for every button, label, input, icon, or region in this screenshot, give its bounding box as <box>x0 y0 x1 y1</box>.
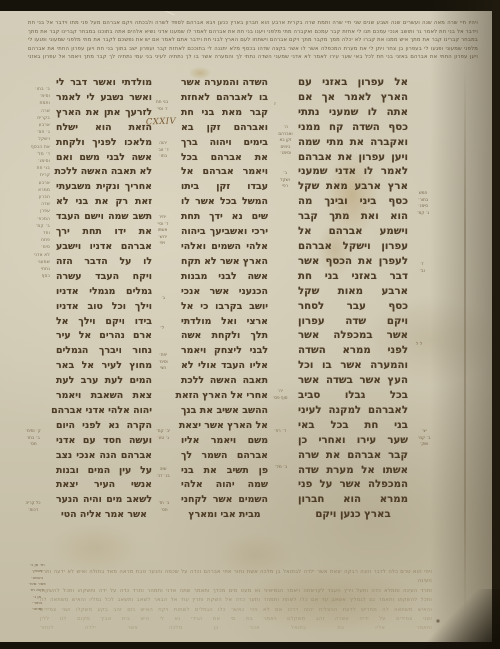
text-line: בידו ויקם וילך אל <box>56 315 152 330</box>
text-line: שער עירו ואחרי כן <box>298 434 408 449</box>
text-line: קבר אברהם את שרה <box>298 449 408 464</box>
text-line: עפרון וישקל אברהם <box>298 240 408 255</box>
text-line: שים נא ידך תחת <box>181 210 268 225</box>
masorah-top-line: וידבר אל בני חת לאמר גר ותושב אנכי עמכם … <box>28 28 478 37</box>
page-edge-shadow <box>430 0 500 649</box>
text-line: יהוה אלהי אדני אברהם <box>56 404 152 419</box>
masorah-parva-note-line: ז׳ וסי׳ <box>148 107 176 114</box>
text-line: וילך וכל טוב אדניו <box>56 300 152 315</box>
text-line: השמים אשר לקחני <box>181 493 268 508</box>
text-line: ויקם שדה עפרון <box>298 315 408 330</box>
masorah-parva-note: שוהבנ׳ דכ׳ <box>150 466 176 479</box>
masorah-parva-line: סימ׳ <box>12 244 50 251</box>
text-line: אברהם אדניו וישבע <box>56 240 152 255</box>
masorah-top-line: מלפני שמעוני ופגעו לי בעפרון בן צחר ויתן… <box>28 45 478 54</box>
text-line: הזאת הוא ישלח <box>56 121 152 136</box>
text-line: אברהם השמר לך <box>181 449 268 464</box>
text-line: עבדו זקן ביתו <box>181 180 268 195</box>
masorah-magna-top: ויהיו חיי שרה מאה שנה ועשרים שנה ושבע שנ… <box>28 19 478 62</box>
masorah-parva-note: בני חתז׳ וסי׳ <box>148 100 176 113</box>
masorah-parva-line: וחד <box>12 230 50 237</box>
page-corner-shadow <box>410 589 500 649</box>
text-line: הכנעני אשר אנכי <box>181 285 268 300</box>
text-line: מבית אבי ומארץ <box>181 508 268 523</box>
text-line: תשב שמה וישם העבד <box>56 210 152 225</box>
masorah-parva-note: יב׳ קמ׳ג׳ טע׳ <box>150 428 176 441</box>
text-line: מולדתי ואשר דבר לי <box>56 76 152 91</box>
masorah-bottom-line: ותרד העינה ותמלא כדה ותעל וירץ העבד לקרא… <box>40 587 432 596</box>
masorah-parva-note: ג׳ <box>154 296 172 303</box>
masorah-parva-note-line: ז׳ <box>413 262 431 269</box>
text-line: בארץ כנען ויקם <box>298 508 408 523</box>
masorah-top-line: ויען עפרון החתי את אברהם באזני בני חת לכ… <box>28 53 478 62</box>
masorah-parva-note-line: וסימנ׳ <box>272 150 299 157</box>
masorah-parva-note: יתירד׳ וסי׳אשתוירוש׳ויחי <box>149 214 176 247</box>
masorah-parva-line: וסימ׳ <box>12 93 50 100</box>
masorah-parva-note-line: וב׳ <box>413 269 431 276</box>
text-line: תאבה האשה ללכת <box>181 374 268 389</box>
masorah-parva-note: יהוהד׳ זוג׳בתו׳ <box>148 140 178 160</box>
text-line: ארבע מאות שקל <box>298 285 408 300</box>
masorah-parva-note: ל׳ <box>153 326 171 333</box>
text-line: לא תאבה האשה ללכת <box>56 165 152 180</box>
masorah-parva-line: קרית <box>12 172 50 179</box>
text-line: אל עפרון באזני עם <box>298 76 408 91</box>
masorah-parva-line: חברון <box>12 194 50 201</box>
text-line: את ידו תחת ירך <box>56 225 152 240</box>
text-line: לאברהם למקנה לעיני <box>298 404 408 419</box>
masorah-parva-note-line: חצי <box>150 365 176 372</box>
masorah-parva-note: ב׳ מל׳ <box>269 464 293 471</box>
masorah-bottom-line: ותאמר אליו בת בתואל אנכי בן מלכה אשר ילד… <box>40 624 432 633</box>
masorah-parva-line: נתתי <box>12 266 50 273</box>
masorah-parva-line: עפרן <box>12 208 50 215</box>
text-column-right: אל עפרון באזני עםהארץ לאמר אך אםאתה לו ש… <box>298 76 408 523</box>
text-line: תלך ולקחת אשה <box>181 329 268 344</box>
masorah-parva-line: ממרא <box>12 187 50 194</box>
masorah-parva-note: יפת׳וסימ׳חצי <box>150 352 176 372</box>
masorah-parva-line: לא אדני <box>12 252 50 259</box>
masorah-parva-note-line: ב׳ מל׳ <box>269 464 293 471</box>
masorah-parva-line: שמעני <box>12 259 50 266</box>
masorah-parva-line: וישקל <box>12 136 50 143</box>
masorah-parva-note-line: ג׳ <box>154 296 172 303</box>
masorah-bottom-line: ויהי הוא טרם כלה לדבר והנה רבקה יצאת אשר… <box>40 568 432 587</box>
masorah-parva-left-margin: ב׳ בתו׳וסימ׳ותמתשרהבקריתארבעג׳ חס׳וישקלא… <box>12 86 50 280</box>
masorah-parva-note-line: ל ל <box>408 342 430 349</box>
masorah-top-line: ויהיו חיי שרה מאה שנה ועשרים שנה ושבע שנ… <box>28 19 478 28</box>
text-line: לבני ליצחק ויאמר <box>181 344 268 359</box>
masorah-parva-note-line: סוף פס׳ <box>266 395 294 402</box>
masorah-top-line: במבחר קברינו קבר את מתך איש ממנו את קברו… <box>28 36 478 45</box>
text-line: ויען עפרון את אברהם <box>298 151 408 166</box>
text-line: אשר במכפלה אשר <box>298 329 408 344</box>
masorah-parva-note-line: ז <box>267 102 283 109</box>
text-line: וישמע אברהם אל <box>298 225 408 240</box>
text-line: ועשה חסד עם אדני <box>56 434 152 449</box>
masorah-parva-note: ה׳ואברהםזקן באבימיםוסימנ׳ <box>272 124 299 157</box>
masorah-parva-line: ותמת <box>12 100 50 107</box>
text-line: השדה והמערה אשר <box>181 76 268 91</box>
text-line: בכל גבלו סביב <box>298 389 408 404</box>
masorah-parva-note-line: בתו׳ <box>148 153 178 160</box>
masorah-parva-note-line: בני חת <box>148 100 176 107</box>
text-line: אשתו אל מערת שדה <box>298 464 408 479</box>
masorah-parva-line: בקרית <box>12 115 50 122</box>
masorah-parva-note: ב׳ חדחס׳ <box>151 500 177 513</box>
masorah-parva-note-line: ד׳ רפ׳ <box>268 428 292 435</box>
text-line: העץ אשר בשדה אשר <box>298 374 408 389</box>
text-line: גמלים מגמלי אדניו <box>56 285 152 300</box>
text-line: כסף עבר לסחר <box>298 300 408 315</box>
text-line: צאת השאבת ויאמר <box>56 389 152 404</box>
text-line: דבר באזני בני חת <box>298 270 408 285</box>
text-line: בו לאברהם לאחזת <box>181 91 268 106</box>
text-line: אליו העבד אולי לא <box>181 359 268 374</box>
masorah-parva-note-line: בנ׳ דכ׳ <box>150 473 176 480</box>
text-line: ואקברה את מתי שמה <box>298 136 408 151</box>
text-line: על עין המים ובנות <box>56 464 152 479</box>
masorah-bottom-line: ותכל להשקתו ותאמר גם לגמליך אשאב עד אם כ… <box>40 596 432 605</box>
text-line: הארץ אשר לא תקח <box>181 255 268 270</box>
text-line: ירכי ואשביעך ביהוה <box>181 225 268 240</box>
text-line: הוא ואת מתך קבר <box>298 210 408 225</box>
text-line: ממרא הוא חברון <box>298 493 408 508</box>
masorah-parva-line: כסף <box>12 273 50 280</box>
text-column-left: מולדתי ואשר דבר ליואשר נשבע לי לאמרלזרעך… <box>56 76 152 523</box>
text-line: אנשי העיר יצאת <box>56 478 152 493</box>
masorah-parva-note-line: דכות׳ <box>16 507 50 514</box>
masorah-parva-line: ג׳ חס׳ <box>12 129 50 136</box>
text-line: המכפלה אשר על פני <box>298 478 408 493</box>
text-line: לו על הדבר הזה <box>56 255 152 270</box>
text-line: אתה לו שמעני נתתי <box>298 106 408 121</box>
text-line: ויאמר אברהם אל <box>181 165 268 180</box>
text-line: אל הארץ אשר יצאת <box>181 419 268 434</box>
text-line: כסף ביני ובינך מה <box>298 195 408 210</box>
text-line: בימים ויהוה ברך <box>181 136 268 151</box>
text-line: מחוץ לעיר אל באר <box>56 359 152 374</box>
text-line: אברהם הנה אנכי נצב <box>56 449 152 464</box>
text-line: אשר אמר אליה הטי <box>56 508 152 523</box>
text-line: קבר מאת בני חת <box>181 106 268 121</box>
text-line: לזרעך אתן את הארץ <box>56 106 152 121</box>
masorah-parva-note: ב׳ושקלרפי <box>273 170 297 190</box>
text-line: אשה לבני משם ואם <box>56 151 152 166</box>
masorah-parva-line: בני חת <box>12 165 50 172</box>
masorah-bottom-line: ושני צמידים על ידיה עשרה זהב משקלם ויאמר… <box>40 615 432 624</box>
text-line: זאת רק את בני לא <box>56 195 152 210</box>
text-line: ארם נהרים אל עיר <box>56 329 152 344</box>
masorah-parva-line: המכפ׳ <box>12 216 50 223</box>
masorah-bottom-line: והאיש משתאה לה מחריש לדעת ההצליח יהוה דר… <box>40 606 432 615</box>
masorah-parva-line: ארבע <box>12 122 50 129</box>
manuscript-page-photo: ויהיו חיי שרה מאה שנה ועשרים שנה ושבע שנ… <box>0 0 500 649</box>
text-line: ההשב אשיב את בנך <box>181 404 268 419</box>
text-line: לשאב מים והיה הנער <box>56 493 152 508</box>
text-line: המשל בכל אשר לו <box>181 195 268 210</box>
text-line: ארץ ארבע מאת שקל <box>298 180 408 195</box>
text-line: ואברהם זקן בא <box>181 121 268 136</box>
masorah-parva-note-line: חס׳ <box>151 507 177 514</box>
text-line: בני חת בכל באי <box>298 419 408 434</box>
masorah-parva-note-line: רפי <box>273 183 297 190</box>
masorah-parva-line: ב׳ קמ׳ <box>12 223 50 230</box>
text-line: כסף השדה קח ממני <box>298 121 408 136</box>
text-line: נחור ויברך הגמלים <box>56 344 152 359</box>
masorah-parva-line: שרה <box>12 108 50 115</box>
masorah-parva-note: יה׳סוף פס׳ <box>266 388 294 401</box>
masorah-parva-note-line: ל׳ <box>153 326 171 333</box>
masorah-parva-line: ד׳ מל׳ <box>12 151 50 158</box>
masorah-magna-bottom: ויהי הוא טרם כלה לדבר והנה רבקה יצאת אשר… <box>40 568 432 634</box>
text-line: ואשר נשבע לי לאמר <box>56 91 152 106</box>
text-line: והמערה אשר בו וכל <box>298 359 408 374</box>
masorah-parva-line: וסימנ׳ <box>12 158 50 165</box>
masorah-parva-line: פתח <box>12 237 50 244</box>
masorah-parva-note: ק׳ וסימ׳ב׳ בתו׳חס׳ <box>18 428 48 448</box>
masorah-parva-line: ארבע <box>12 180 50 187</box>
text-line: הארץ לאמר אך אם <box>298 91 408 106</box>
text-line: מלאכו לפניך ולקחת <box>56 136 152 151</box>
masorah-parva-note: ז <box>267 102 283 109</box>
text-line: אלהי השמים ואלהי <box>181 240 268 255</box>
masorah-parva-note: ל ל <box>408 342 430 349</box>
masorah-parva-note-line: חס׳ <box>18 441 48 448</box>
text-line: לפני ממרא השדה <box>298 344 408 359</box>
text-column-middle: השדה והמערה אשרבו לאברהם לאחזתקבר מאת בנ… <box>181 76 268 523</box>
masorah-parva-note-line: ויחי <box>149 240 176 247</box>
text-line: את אברהם בכל <box>181 151 268 166</box>
text-line: המים לעת ערב לעת <box>56 374 152 389</box>
text-line: פן תשיב את בני <box>181 464 268 479</box>
masorah-parva-note: כל קריהדכות׳ <box>16 500 50 513</box>
masorah-parva-note-line: ג׳ טע׳ <box>150 435 176 442</box>
text-line: לעפרן את הכסף אשר <box>298 255 408 270</box>
text-line: יושב בקרבו כי אל <box>181 300 268 315</box>
text-line: אחרי אל הארץ הזאת <box>181 389 268 404</box>
latin-chapter-number: CXXIV <box>140 116 182 127</box>
text-line: משם ויאמר אליו <box>181 434 268 449</box>
text-line: אשה לבני מבנות <box>181 270 268 285</box>
masorah-parva-note: ד׳ רפ׳ <box>268 428 292 435</box>
masorah-parva-line: ב׳ בתו׳ <box>12 86 50 93</box>
text-line: לאמר לו אדני שמעני <box>298 165 408 180</box>
text-line: שמה יהוה אלהי <box>181 478 268 493</box>
photo-edge-top <box>0 0 500 11</box>
masorah-parva-line: שדה <box>12 201 50 208</box>
text-line: ארצי ואל מולדתי <box>181 315 268 330</box>
text-line: הקרה נא לפני היום <box>56 419 152 434</box>
masorah-parva-note: ז׳וב׳ <box>413 262 431 276</box>
text-line: אחריך ונקית משבעתי <box>56 180 152 195</box>
text-line: ויקח העבד עשרה <box>56 270 152 285</box>
masorah-parva-line: את הכסף <box>12 144 50 151</box>
